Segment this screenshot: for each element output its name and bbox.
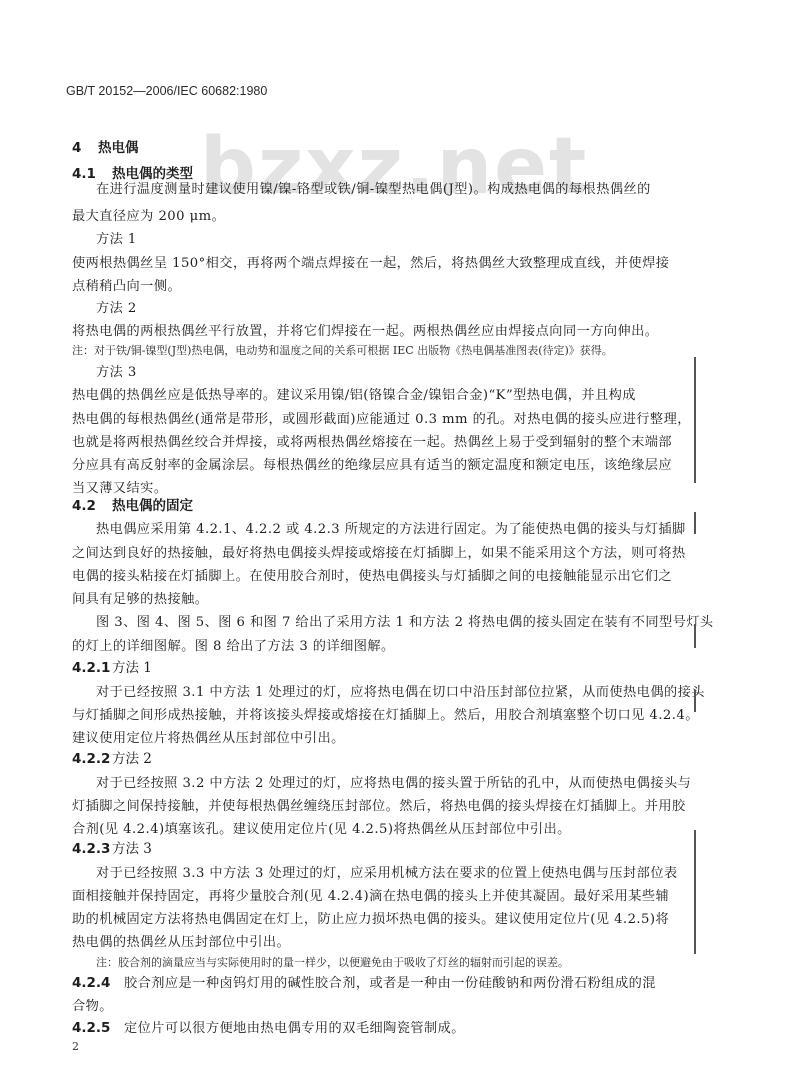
section-heading-4-2-3: 4.2.3方法 3	[72, 843, 152, 857]
paragraph-line: 对于已经按照 3.1 中方法 1 处理过的灯，应将热电偶在切口中沿压封部位拉紧，…	[96, 686, 705, 699]
paragraph-line: 灯插脚之间保持接触，并使每根热偶丝缠绕压封部位。然后，将热电偶的接头焊接在灯插脚…	[72, 800, 686, 813]
paragraph-line: 热电偶应采用第 4.2.1、4.2.2 或 4.2.3 所规定的方法进行固定。为…	[96, 523, 686, 536]
section-4-2-5: 4.2.5定位片可以很方便地由热电偶专用的双毛细陶瓷管制成。	[72, 1022, 465, 1036]
change-bar	[694, 690, 696, 712]
paragraph-line: 点稍稍凸向一侧。	[72, 280, 181, 293]
paragraph-line: 在进行温度测量时建议使用镍/镍-铬型或铁/铜-镍型热电偶(J型)。构成热电偶的每…	[96, 183, 651, 196]
paragraph-line: 最大直径应为 200 μm。	[72, 210, 225, 223]
paragraph-line: 对于已经按照 3.3 中方法 3 处理过的灯，应采用机械方法在要求的位置上使热电…	[96, 867, 678, 880]
change-bar	[694, 624, 696, 648]
paragraph-line: 热电偶的每根热偶丝(通常是带形，或圆形截面)应能通过 0.3 mm 的孔。对热电…	[72, 413, 691, 426]
change-bar	[694, 357, 696, 483]
paragraph-line: 分应具有高反射率的金属涂层。每根热偶丝的绝缘层应具有适当的额定温度和额定电压，该…	[72, 459, 672, 472]
section-4-2-4: 4.2.4胶合剂应是一种卤钨灯用的碱性胶合剂，或者是一种由一份硅酸钠和两份滑石粉…	[72, 977, 656, 991]
method-label: 方法 3	[96, 366, 137, 379]
method-label: 方法 2	[96, 302, 137, 315]
paragraph-line: 合物。	[72, 1000, 113, 1013]
section-heading-4: 4热电偶	[72, 142, 139, 156]
section-heading-4-1: 4.1热电偶的类型	[72, 168, 193, 182]
paragraph-line: 电偶的接头粘接在灯插脚上。在使用胶合剂时，使热电偶接头与灯插脚之间的电接触能显示…	[72, 570, 672, 583]
paragraph-line: 与灯插脚之间形成热接触，并将该接头焊接或熔接在灯插脚上。然后，用胶合剂填塞整个切…	[72, 709, 699, 722]
paragraph-line: 之间达到良好的热接触，最好将热电偶接头焊接或熔接在灯插脚上，如果不能采用这个方法…	[72, 547, 686, 560]
paragraph-line: 的灯上的详细图解。图 8 给出了方法 3 的详细图解。	[72, 640, 395, 653]
paragraph-line: 建议使用定位片将热偶丝从压封部位中引出。	[72, 732, 345, 745]
section-heading-4-2-2: 4.2.2方法 2	[72, 753, 152, 767]
change-bar	[694, 512, 696, 534]
section-heading-4-2-1: 4.2.1方法 1	[72, 662, 152, 676]
note-text: 注：胶合剂的滴量应当与实际使用时的量一样少，以便避免由于吸收了灯丝的辐射而引起的…	[96, 957, 569, 968]
paragraph-line: 热电偶的热偶丝从压封部位中引出。	[72, 936, 290, 949]
paragraph-line: 热电偶的热偶丝应是低热导率的。建议采用镍/铝(铬镍合金/镍铝合金)“K”型热电偶…	[72, 389, 636, 402]
change-bar	[694, 830, 696, 954]
document-page: GB/T 20152—2006/IEC 60682:1980 4热电偶 4.1热…	[0, 0, 800, 1084]
paragraph-line: 将热电偶的两根热偶丝平行放置，并将它们焊接在一起。两根热偶丝应由焊接点向同一方向…	[72, 325, 658, 338]
standard-code-header: GB/T 20152—2006/IEC 60682:1980	[66, 84, 267, 98]
paragraph-line: 也就是将两根热偶丝绞合并焊接，或将两根热偶丝熔接在一起。热偶丝上易于受到辐射的整…	[72, 436, 672, 449]
paragraph-line: 当又薄又结实。	[72, 482, 167, 495]
paragraph-line: 间具有足够的热接触。	[72, 593, 208, 606]
paragraph-line: 合剂(见 4.2.4)填塞该孔。建议使用定位片(见 4.2.5)将热偶丝从压封部…	[72, 823, 571, 836]
method-label: 方法 1	[96, 233, 137, 246]
section-heading-4-2: 4.2热电偶的固定	[72, 500, 193, 514]
paragraph-line: 对于已经按照 3.2 中方法 2 处理过的灯，应将热电偶的接头置于所钻的孔中，从…	[96, 777, 691, 790]
page-number: 2	[72, 1040, 79, 1053]
note-text: 注：对于铁/铜-镍型(J型)热电偶，电动势和温度之间的关系可根据 IEC 出版物…	[72, 345, 613, 356]
paragraph-line: 助的机械固定方法将热电偶固定在灯上，防止应力损坏热电偶的接头。建议使用定位片(见…	[72, 913, 669, 926]
paragraph-line: 使两根热偶丝呈 150°相交，再将两个端点焊接在一起，然后，将热偶丝大致整理成直…	[72, 257, 669, 270]
paragraph-line: 面相接触并保持固定，再将少量胶合剂(见 4.2.4)滴在热电偶的接头上并使其凝固…	[72, 890, 669, 903]
paragraph-line: 图 3、图 4、图 5、图 6 和图 7 给出了采用方法 1 和方法 2 将热电…	[96, 616, 714, 629]
